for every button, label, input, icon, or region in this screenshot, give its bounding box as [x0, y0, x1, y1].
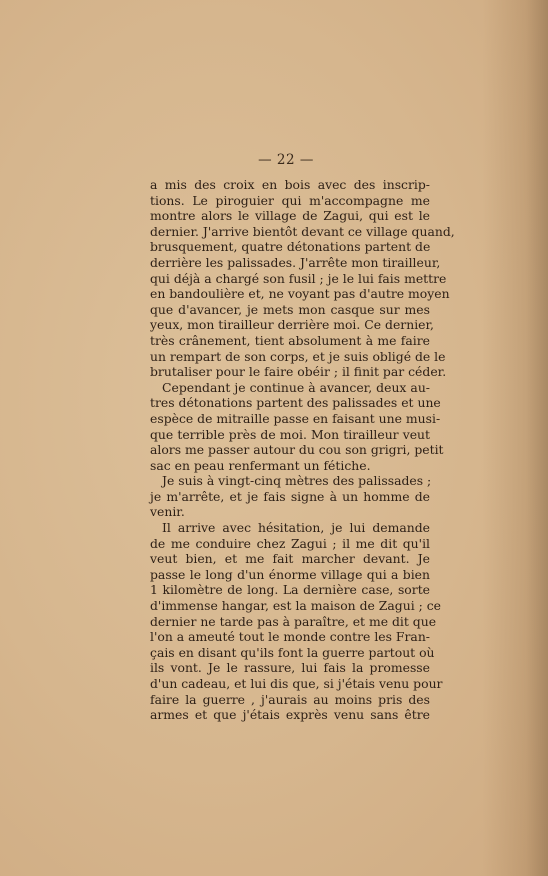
text-line: a mis des croix en bois avec des inscrip…	[150, 177, 430, 193]
text-line: sac en peau renfermant un fétiche.	[150, 458, 430, 474]
text-line: derrière les palissades. J'arrête mon ti…	[150, 255, 430, 271]
text-line: çais en disant qu'ils font la guerre par…	[150, 645, 430, 661]
text-line: Il arrive avec hésitation, je lui demand…	[150, 520, 430, 536]
paragraph-2: Cependant je continue à avancer, deux au…	[150, 380, 430, 474]
text-line: veut bien, et me fait marcher devant. Je	[150, 551, 430, 567]
text-line: espèce de mitraille passe en faisant une…	[150, 411, 430, 427]
text-line: un rempart de son corps, et je suis obli…	[150, 349, 430, 365]
text-line: ils vont. Je le rassure, lui fais la pro…	[150, 660, 430, 676]
body-text: a mis des croix en bois avec des inscrip…	[150, 177, 430, 723]
text-line: l'on a ameuté tout le monde contre les F…	[150, 629, 430, 645]
text-line: je m'arrête, et je fais signe à un homme…	[150, 489, 430, 505]
text-line: de me conduire chez Zagui ; il me dit qu…	[150, 536, 430, 552]
text-line: brusquement, quatre détonations partent …	[150, 239, 430, 255]
text-line: tres détonations partent des palissades …	[150, 395, 430, 411]
text-line: que terrible près de moi. Mon tirailleur…	[150, 427, 430, 443]
text-line: d'un cadeau, et lui dis que, si j'étais …	[150, 676, 430, 692]
text-line: montre alors le village de Zagui, qui es…	[150, 208, 430, 224]
text-line: dernier. J'arrive bientôt devant ce vill…	[150, 224, 430, 240]
text-line: 1 kilomètre de long. La dernière case, s…	[150, 582, 430, 598]
text-line: armes et que j'étais exprès venu sans êt…	[150, 707, 430, 723]
book-page: — 22 — a mis des croix en bois avec des …	[0, 0, 548, 876]
text-line: en bandoulière et, ne voyant pas d'autre…	[150, 286, 430, 302]
text-line: que d'avancer, je mets mon casque sur me…	[150, 302, 430, 318]
paragraph-3: Je suis à vingt-cinq mètres des palissad…	[150, 473, 430, 520]
page-number: — 22 —	[0, 152, 548, 168]
text-line: passe le long d'un énorme village qui a …	[150, 567, 430, 583]
text-line: yeux, mon tirailleur derrière moi. Ce de…	[150, 317, 430, 333]
text-line: Je suis à vingt-cinq mètres des palissad…	[150, 473, 430, 489]
text-line: brutaliser pour le faire obéir ; il fini…	[150, 364, 430, 380]
text-line: Cependant je continue à avancer, deux au…	[150, 380, 430, 396]
paragraph-1: a mis des croix en bois avec des inscrip…	[150, 177, 430, 380]
text-line: très crânement, tient absolument à me fa…	[150, 333, 430, 349]
paragraph-4: Il arrive avec hésitation, je lui demand…	[150, 520, 430, 723]
text-line: d'immense hangar, est la maison de Zagui…	[150, 598, 430, 614]
text-line: alors me passer autour du cou son grigri…	[150, 442, 430, 458]
text-line: tions. Le piroguier qui m'accompagne me	[150, 193, 430, 209]
text-line: qui déjà a chargé son fusil ; je le lui …	[150, 271, 430, 287]
text-line: dernier ne tarde pas à paraître, et me d…	[150, 614, 430, 630]
text-line: faire la guerre , j'aurais au moins pris…	[150, 692, 430, 708]
text-line: venir.	[150, 504, 430, 520]
